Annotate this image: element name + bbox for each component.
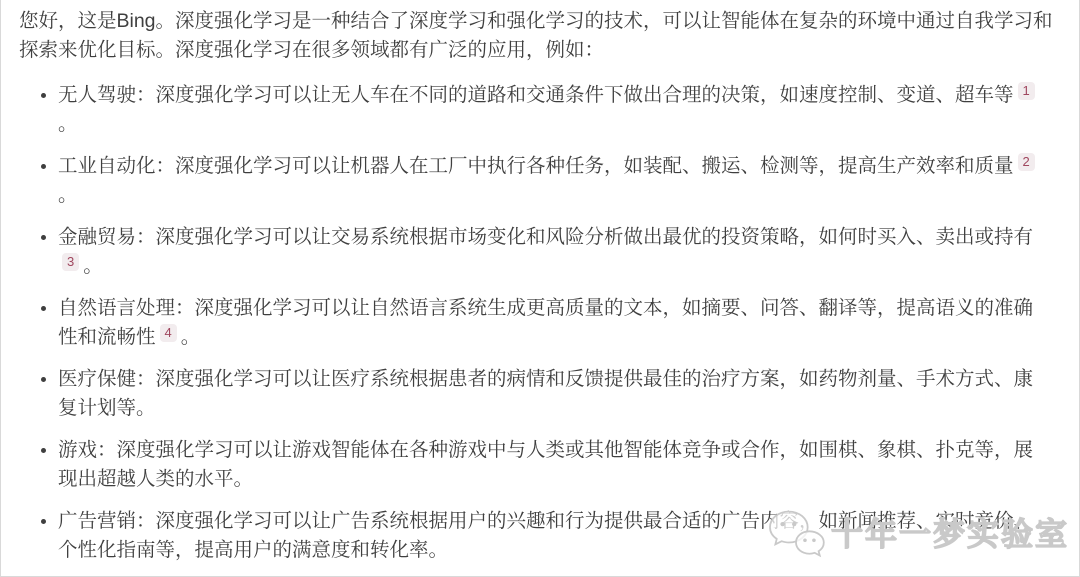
list-item-text: 游戏：深度强化学习可以让游戏智能体在各种游戏中与人类或其他智能体竞争或合作，如围… xyxy=(58,439,1033,490)
citation-link[interactable]: 2 xyxy=(1018,153,1035,171)
bing-chat-response: 您好，这是Bing。深度强化学习是一种结合了深度学习和强化学习的技术，可以让智能… xyxy=(0,0,1080,577)
list-item: 自然语言处理：深度强化学习可以让自然语言系统生成更高质量的文本，如摘要、问答、翻… xyxy=(58,294,1047,352)
intro-paragraph: 您好，这是Bing。深度强化学习是一种结合了深度学习和强化学习的技术，可以让智能… xyxy=(19,7,1065,65)
applications-list: 无人驾驶：深度强化学习可以让无人车在不同的道路和交通条件下做出合理的决策，如速度… xyxy=(19,81,1065,565)
list-item-text: 工业自动化：深度强化学习可以让机器人在工厂中执行各种任务，如装配、搬运、检测等，… xyxy=(58,155,1014,177)
list-item: 游戏：深度强化学习可以让游戏智能体在各种游戏中与人类或其他智能体竞争或合作，如围… xyxy=(58,436,1047,494)
list-item-text: 广告营销：深度强化学习可以让广告系统根据用户的兴趣和行为提供最合适的广告内容，如… xyxy=(58,510,1033,561)
list-item: 医疗保健：深度强化学习可以让医疗系统根据患者的病情和反馈提供最佳的治疗方案，如药… xyxy=(58,365,1047,423)
list-item-tail: 。 xyxy=(58,184,78,206)
citation-link[interactable]: 1 xyxy=(1018,82,1035,100)
citation-link[interactable]: 3 xyxy=(62,253,79,271)
list-item-text: 医疗保健：深度强化学习可以让医疗系统根据患者的病情和反馈提供最佳的治疗方案，如药… xyxy=(58,368,1033,419)
list-item-text: 自然语言处理：深度强化学习可以让自然语言系统生成更高质量的文本，如摘要、问答、翻… xyxy=(58,297,1033,348)
list-item-tail: 。 xyxy=(83,255,103,277)
list-item: 工业自动化：深度强化学习可以让机器人在工厂中执行各种任务，如装配、搬运、检测等，… xyxy=(58,152,1047,210)
list-item-text: 无人驾驶：深度强化学习可以让无人车在不同的道路和交通条件下做出合理的决策，如速度… xyxy=(58,84,1014,106)
list-item: 金融贸易：深度强化学习可以让交易系统根据市场变化和风险分析做出最优的投资策略，如… xyxy=(58,223,1047,281)
list-item-tail: 。 xyxy=(58,113,78,135)
list-item-tail: 。 xyxy=(181,326,201,348)
list-item: 广告营销：深度强化学习可以让广告系统根据用户的兴趣和行为提供最合适的广告内容，如… xyxy=(58,507,1047,565)
list-item: 无人驾驶：深度强化学习可以让无人车在不同的道路和交通条件下做出合理的决策，如速度… xyxy=(58,81,1047,139)
citation-link[interactable]: 4 xyxy=(160,324,177,342)
list-item-text: 金融贸易：深度强化学习可以让交易系统根据市场变化和风险分析做出最优的投资策略，如… xyxy=(58,226,1033,248)
